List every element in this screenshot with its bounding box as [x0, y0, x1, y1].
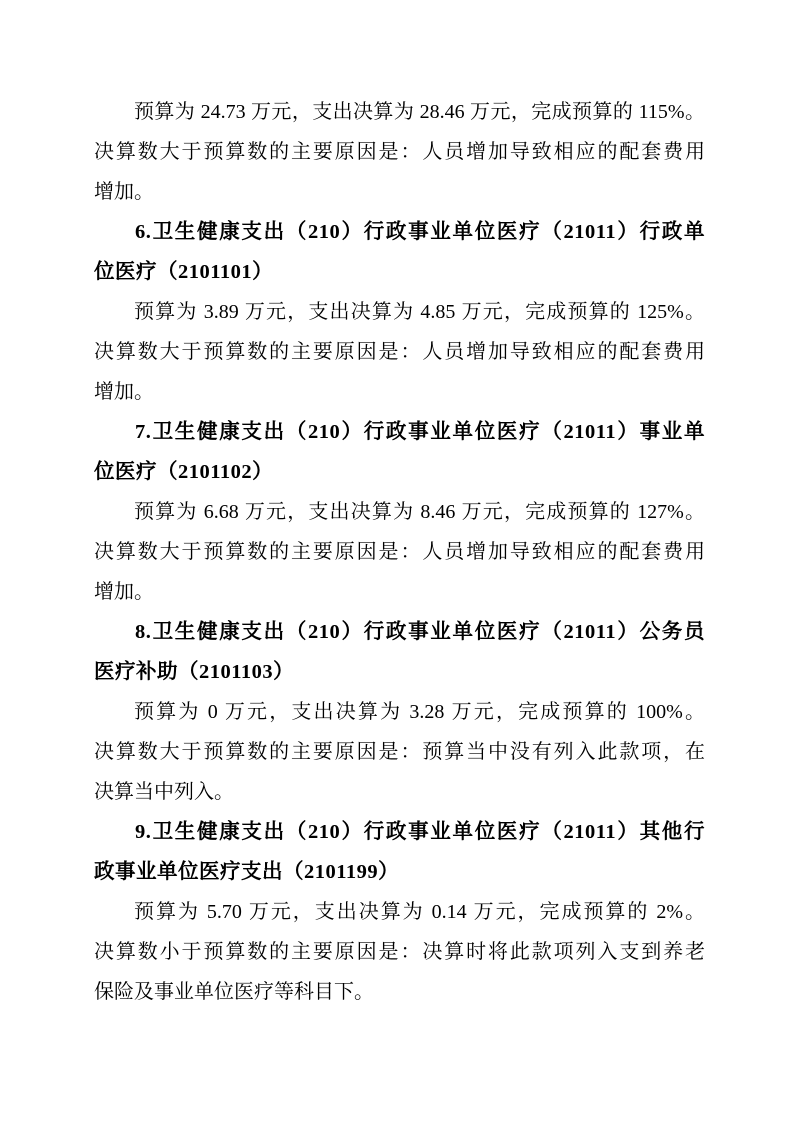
heading-line: 7.卫生健康支出（210）行政事业单位医疗（21011）事业单: [94, 412, 705, 452]
document-page: 预算为 24.73 万元，支出决算为 28.46 万元，完成预算的 115%。 …: [0, 0, 793, 1122]
body-line: 预算为 0 万元，支出决算为 3.28 万元，完成预算的 100%。: [94, 692, 705, 732]
paragraph-section5-detail: 预算为 24.73 万元，支出决算为 28.46 万元，完成预算的 115%。 …: [94, 92, 705, 212]
body-line: 决算当中列入。: [94, 772, 705, 812]
body-line: 决算数大于预算数的主要原因是：人员增加导致相应的配套费用: [94, 532, 705, 572]
body-line: 保险及事业单位医疗等科目下。: [94, 972, 705, 1012]
body-line: 增加。: [94, 172, 705, 212]
heading-line: 位医疗（2101101）: [94, 252, 705, 292]
paragraph-section7-detail: 预算为 6.68 万元，支出决算为 8.46 万元，完成预算的 127%。 决算…: [94, 492, 705, 612]
body-line: 增加。: [94, 372, 705, 412]
heading-line: 6.卫生健康支出（210）行政事业单位医疗（21011）行政单: [94, 212, 705, 252]
body-line: 决算数小于预算数的主要原因是：决算时将此款项列入支到养老: [94, 932, 705, 972]
heading-line: 医疗补助（2101103）: [94, 652, 705, 692]
heading-section-7: 7.卫生健康支出（210）行政事业单位医疗（21011）事业单 位医疗（2101…: [94, 412, 705, 492]
heading-line: 政事业单位医疗支出（2101199）: [94, 852, 705, 892]
paragraph-section8-detail: 预算为 0 万元，支出决算为 3.28 万元，完成预算的 100%。 决算数大于…: [94, 692, 705, 812]
body-line: 增加。: [94, 572, 705, 612]
paragraph-section6-detail: 预算为 3.89 万元，支出决算为 4.85 万元，完成预算的 125%。 决算…: [94, 292, 705, 412]
paragraph-section9-detail: 预算为 5.70 万元，支出决算为 0.14 万元，完成预算的 2%。 决算数小…: [94, 892, 705, 1012]
body-line: 决算数大于预算数的主要原因是：人员增加导致相应的配套费用: [94, 332, 705, 372]
heading-section-8: 8.卫生健康支出（210）行政事业单位医疗（21011）公务员 医疗补助（210…: [94, 612, 705, 692]
body-line: 决算数大于预算数的主要原因是：人员增加导致相应的配套费用: [94, 132, 705, 172]
heading-line: 8.卫生健康支出（210）行政事业单位医疗（21011）公务员: [94, 612, 705, 652]
heading-section-6: 6.卫生健康支出（210）行政事业单位医疗（21011）行政单 位医疗（2101…: [94, 212, 705, 292]
body-line: 预算为 24.73 万元，支出决算为 28.46 万元，完成预算的 115%。: [94, 92, 705, 132]
body-line: 预算为 6.68 万元，支出决算为 8.46 万元，完成预算的 127%。: [94, 492, 705, 532]
body-line: 预算为 3.89 万元，支出决算为 4.85 万元，完成预算的 125%。: [94, 292, 705, 332]
heading-line: 9.卫生健康支出（210）行政事业单位医疗（21011）其他行: [94, 812, 705, 852]
body-line: 预算为 5.70 万元，支出决算为 0.14 万元，完成预算的 2%。: [94, 892, 705, 932]
body-line: 决算数大于预算数的主要原因是：预算当中没有列入此款项，在: [94, 732, 705, 772]
heading-line: 位医疗（2101102）: [94, 452, 705, 492]
heading-section-9: 9.卫生健康支出（210）行政事业单位医疗（21011）其他行 政事业单位医疗支…: [94, 812, 705, 892]
